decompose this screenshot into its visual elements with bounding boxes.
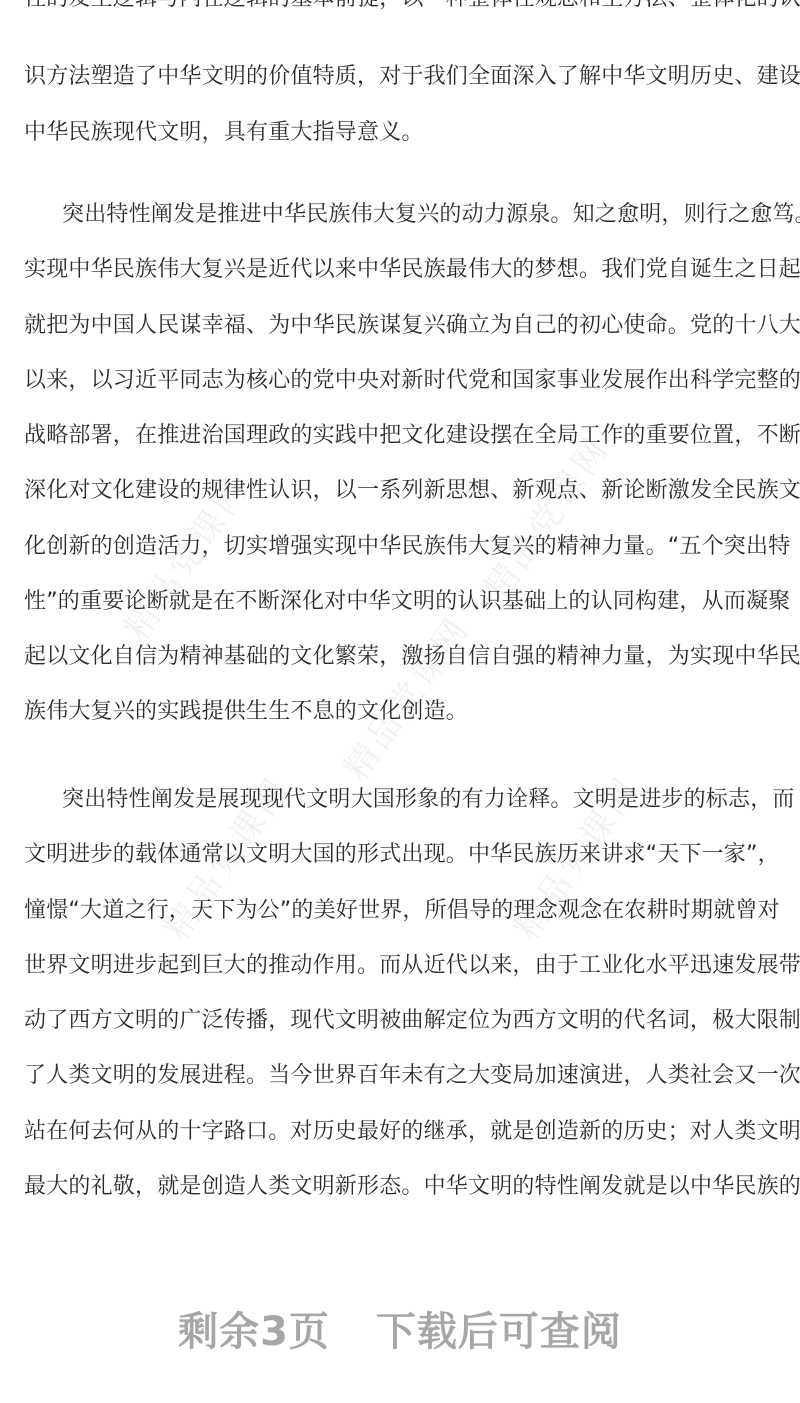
text-line: 实现中华民族伟大复兴是近代以来中华民族最伟大的梦想。我们党自诞生之日起 bbox=[24, 255, 776, 285]
remaining-pages-banner[interactable]: 剩余3页下载后可查阅 bbox=[0, 1300, 800, 1357]
text-line: 动了西方文明的广泛传播，现代文明被曲解定位为西方文明的代名词，极大限制 bbox=[24, 1006, 776, 1036]
text-line: 性”的重要论断就是在不断深化对中华文明的认识基础上的认同构建，从而凝聚 bbox=[24, 587, 776, 617]
text-line: 识方法塑造了中华文明的价值特质，对于我们全面深入了解中华文明历史、建设 bbox=[24, 62, 776, 92]
text-line: 突出特性阐发是推进中华民族伟大复兴的动力源泉。知之愈明，则行之愈笃。 bbox=[62, 200, 776, 230]
text-line: 以来，以习近平同志为核心的党中央对新时代党和国家事业发展作出科学完整的 bbox=[24, 366, 776, 396]
download-to-view-label: 下载后可查阅 bbox=[376, 1300, 622, 1357]
text-line: 战略部署，在推进治国理政的实践中把文化建设摆在全局工作的重要位置，不断 bbox=[24, 421, 776, 451]
text-line: 了人类文明的发展进程。当今世界百年未有之大变局加速演进，人类社会又一次 bbox=[24, 1061, 776, 1091]
text-line: 世界文明进步起到巨大的推动作用。而从近代以来，由于工业化水平迅速发展带 bbox=[24, 951, 776, 981]
text-line: 化创新的创造活力，切实增强实现中华民族伟大复兴的精神力量。“五个突出特 bbox=[24, 532, 776, 562]
text-line: 最大的礼敬，就是创造人类文明新形态。中华文明的特性阐发就是以中华民族的 bbox=[24, 1172, 776, 1202]
text-line: 族伟大复兴的实践提供生生不息的文化创造。 bbox=[24, 697, 776, 727]
remaining-pages-label: 剩余3页 bbox=[178, 1300, 330, 1357]
text-line: 就把为中国人民谋幸福、为中华民族谋复兴确立为自己的初心使命。党的十八大 bbox=[24, 311, 776, 341]
text-line: 中华民族现代文明，具有重大指导意义。 bbox=[24, 118, 776, 148]
document-page: 精品党课网 精品党课网 精品党课网 精品党课网 精品党课网 性的发生逻辑与内在逻… bbox=[0, 0, 800, 1403]
text-line: 突出特性阐发是展现现代文明大国形象的有力诠释。文明是进步的标志，而 bbox=[62, 785, 776, 815]
text-line: 深化对文化建设的规律性认识，以一系列新思想、新观点、新论断激发全民族文 bbox=[24, 476, 776, 506]
text-line-cut-off: 性的发生逻辑与内在逻辑的基本前提，以一种整体性观念和生方法、整体化的认 bbox=[24, 0, 776, 14]
watermark: 精品党课网 bbox=[470, 424, 619, 608]
text-line: 站在何去何从的十字路口。对历史最好的继承，就是创造新的历史；对人类文明 bbox=[24, 1117, 776, 1147]
text-line: 文明进步的载体通常以文明大国的形式出现。中华民族历来讲求“天下一家”， bbox=[24, 840, 776, 870]
text-line: 起以文化自信为精神基础的文化繁荣，激扬自信自强的精神力量，为实现中华民 bbox=[24, 642, 776, 672]
text-line: 憧憬“大道之行，天下为公”的美好世界，所倡导的理念观念在农耕时期就曾对 bbox=[24, 896, 776, 926]
